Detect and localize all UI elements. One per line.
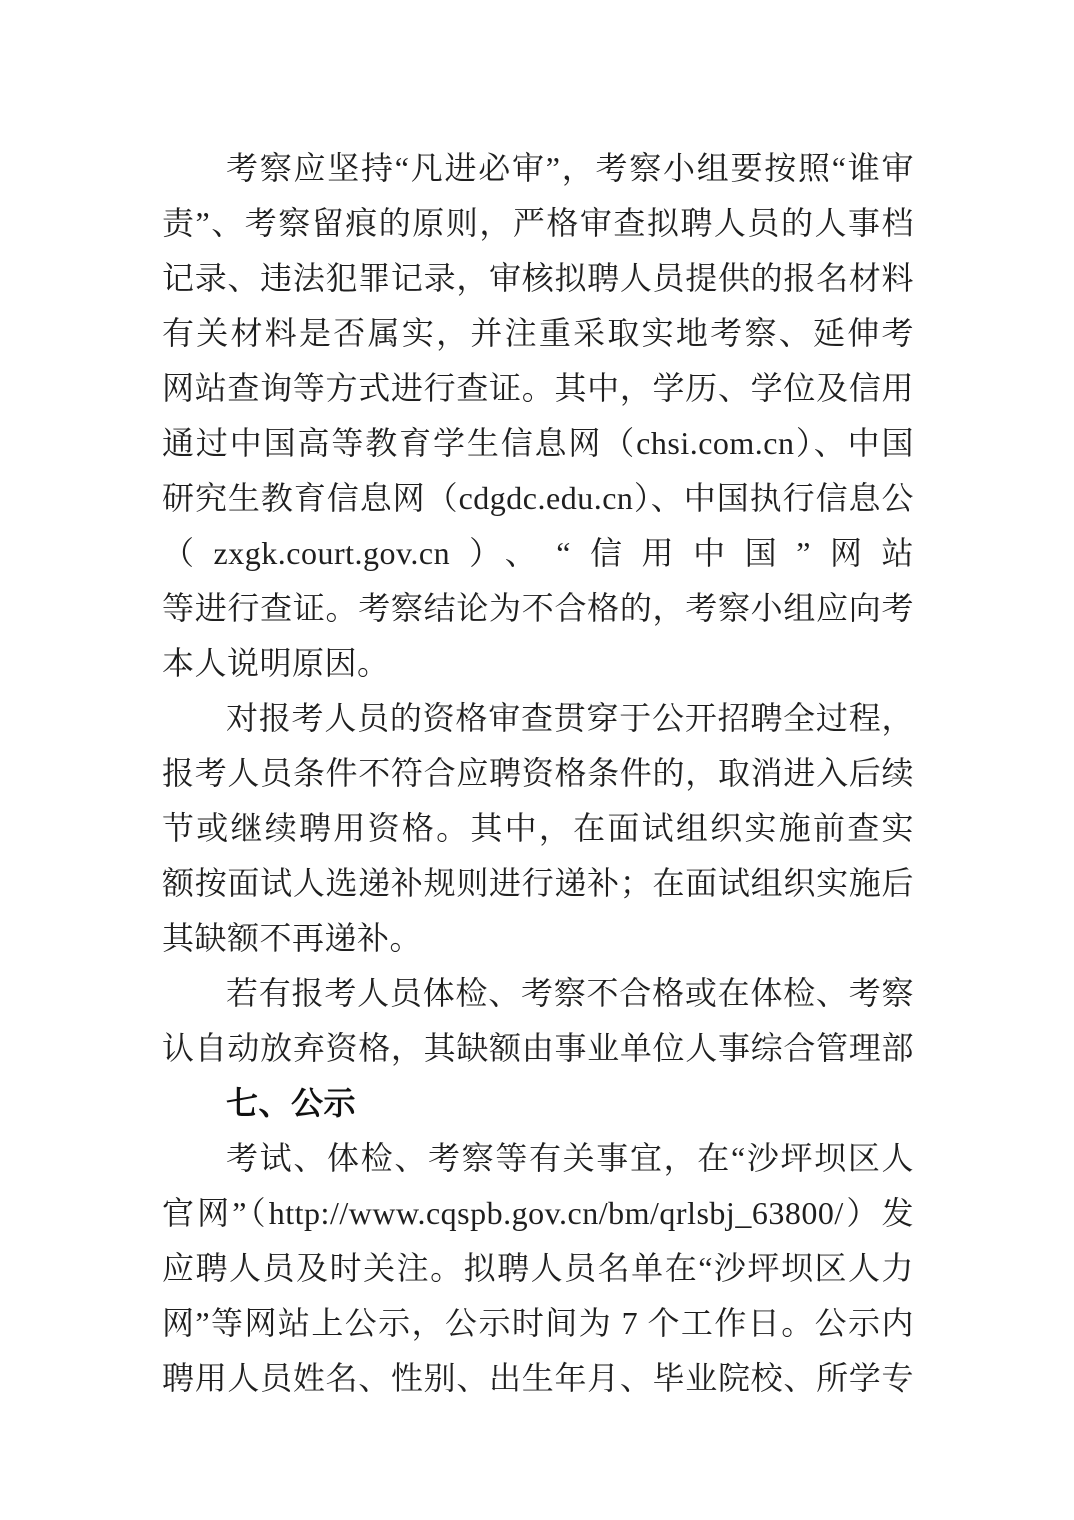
text-line: 认自动放弃资格，其缺额由事业单位人事综合管理部门确定。 [162,1021,914,1076]
text-line: （zxgk.court.gov.cn）、“信用中国”网站（creditchina… [162,526,914,581]
text-line: 报考人员条件不符合应聘资格条件的，取消进入后续招聘环 [162,746,914,801]
text-line: 考试、体检、考察等有关事宜，在“沙坪坝区人力社保局 [162,1131,914,1186]
text-line: 研究生教育信息网（cdgdc.edu.cn）、中国执行信息公开网 [162,471,914,526]
text-line: 通过中国高等教育学生信息网（chsi.com.cn）、中国学位与 [162,416,914,471]
text-line: 考察应坚持“凡进必审”，考察小组要按照“谁审查、谁负 [162,141,914,196]
text-line: 节或继续聘用资格。其中，在面试组织实施前查实的，其缺 [162,801,914,856]
text-line: 责”、考察留痕的原则，严格审查拟聘人员的人事档案、诚信 [162,196,914,251]
document-page: 考察应坚持“凡进必审”，考察小组要按照“谁审查、谁负 责”、考察留痕的原则，严格… [0,0,1074,1520]
text-line: 有关材料是否属实，并注重采取实地考察、延伸考察、官方 [162,306,914,361]
text-line: 网站查询等方式进行查证。其中，学历、学位及信用情况应 [162,361,914,416]
text-line: 聘用人员姓名、性别、出生年月、毕业院校、所学专业及学 [162,1351,914,1406]
section-heading: 七、公示 [162,1076,914,1131]
text-line: 对报考人员的资格审查贯穿于公开招聘全过程，凡查实 [162,691,914,746]
text-line: 若有报考人员体检、考察不合格或在体检、考察中经确 [162,966,914,1021]
document-body: 考察应坚持“凡进必审”，考察小组要按照“谁审查、谁负 责”、考察留痕的原则，严格… [162,141,914,1406]
text-line: 记录、违法犯罪记录，审核拟聘人员提供的报名材料及其他 [162,251,914,306]
text-line: 等进行查证。考察结论为不合格的，考察小组应向考察对象 [162,581,914,636]
text-line: 网”等网站上公示，公示时间为 7 个工作日。公示内容包括拟 [162,1296,914,1351]
text-line: 其缺额不再递补。 [162,911,914,966]
text-line: 应聘人员及时关注。拟聘人员名单在“沙坪坝区人力社保局官 [162,1241,914,1296]
text-line: 官网”（http://www.cqspb.gov.cn/bm/qrlsbj_63… [162,1186,914,1241]
text-line: 本人说明原因。 [162,636,914,691]
text-line: 额按面试人选递补规则进行递补；在面试组织实施后查实的， [162,856,914,911]
